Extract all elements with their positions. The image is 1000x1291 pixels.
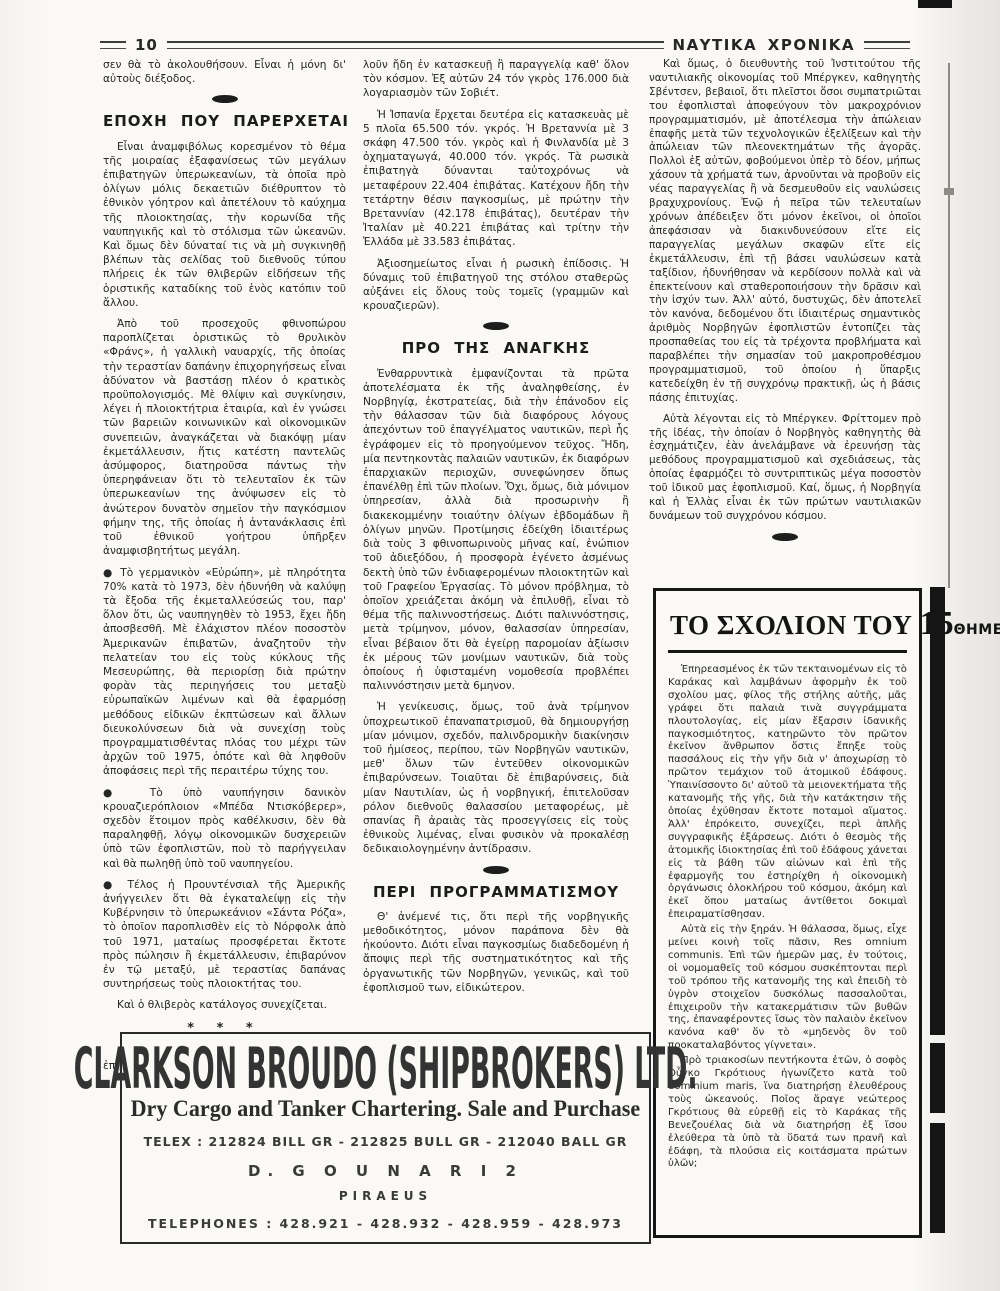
header-rule-right [864, 41, 910, 49]
advert-tagline-row: Dry Cargo and Tanker Chartering. Sale an… [122, 1096, 649, 1122]
scan-artifact [948, 63, 950, 588]
paragraph: Θ' ἀνέμενέ τις, ὅτι περὶ τῆς νορβηγικῆς … [363, 910, 629, 995]
scan-artifact [930, 587, 945, 1035]
comment-box-title-rule [668, 650, 907, 653]
section-divider-icon [483, 866, 509, 874]
column-2: λοῦν ἤδη ἐν κατασκευῇ ἢ παραγγελίᾳ καθ' … [363, 58, 629, 1002]
advert-company-row: CLARKSON BROUDO (SHIPBROKERS) LTD. [122, 1036, 649, 1102]
advert-city: PIRAEUS [339, 1189, 432, 1203]
comment-box-text: Ἐπηρεασμένος ἐκ τῶν τεκταινομένων εἰς τὸ… [668, 664, 907, 1171]
paragraph: Ἐνθαρρυντικὰ ἐμφανίζονται τὰ πρῶτα ἀποτε… [363, 367, 629, 694]
section-heading: ΕΠΟΧΗ ΠΟΥ ΠΑΡΕΡΧΕΤΑΙ [103, 114, 346, 128]
scan-artifact [918, 0, 952, 8]
bullet-paragraph: ● Τὸ γερμανικὸν «Εὐρώπη», μὲ πληρότητα 7… [103, 566, 346, 779]
paragraph: Ἀξιοσημείωτος εἶναι ἡ ρωσικὴ ἐπίδοσις. Ἡ… [363, 257, 629, 314]
comment-box-title-main: ΤΟ ΣΧΟΛΙΟΝ ΤΟΥ [670, 610, 920, 640]
paragraph: Ἐπηρεασμένος ἐκ τῶν τεκταινομένων εἰς τὸ… [668, 664, 907, 922]
comment-box-title-suffix: ΘΗΜΕΡΟΥ [954, 622, 1000, 638]
paragraph: Καὶ ὁ θλιβερὸς κατάλογος συνεχίζεται. [103, 998, 346, 1012]
section-divider-icon [483, 322, 509, 330]
page-number: 10 [135, 36, 158, 54]
column-3: Καὶ ὅμως, ὁ διευθυντὴς τοῦ Ἰνστιτούτου τ… [649, 58, 921, 550]
bullet-paragraph: ● Τέλος ἡ Προυντένσιαλ τῆς Ἀμερικῆς ἀνήγ… [103, 878, 346, 992]
comment-box: ΤΟ ΣΧΟΛΙΟΝ ΤΟΥ 15ΘΗΜΕΡΟΥ Ἐπηρεασμένος ἐκ… [653, 588, 922, 1238]
page-header: 10 ΝΑΥΤΙΚΑ ΧΡΟΝΙΚΑ [100, 36, 910, 54]
header-rule-center [167, 41, 664, 49]
paragraph: Ἡ γενίκευσις, ὅμως, τοῦ ἀνὰ τρίμηνον ὑπο… [363, 700, 629, 856]
section-divider-icon [772, 533, 798, 541]
advert-address-row: D. G O U N A R I 2 [122, 1162, 649, 1180]
paragraph: Ἡ Ἱσπανία ἔρχεται δευτέρα εἰς κατασκευὰς… [363, 108, 629, 250]
scan-artifact [930, 1043, 945, 1113]
paragraph: Αὐτὰ λέγονται εἰς τὸ Μπέργκεν. Φρίττομεν… [649, 413, 921, 524]
paragraph: λοῦν ἤδη ἐν κατασκευῇ ἢ παραγγελίᾳ καθ' … [363, 58, 629, 101]
advert-box: CLARKSON BROUDO (SHIPBROKERS) LTD. Dry C… [120, 1032, 651, 1244]
section-divider-icon [212, 95, 238, 103]
column-1: σεν θὰ τὸ ἀκολουθήσουν. Εἶναι ἡ μόνη δι'… [103, 58, 346, 1080]
paragraph: Καὶ ὅμως, ὁ διευθυντὴς τοῦ Ἰνστιτούτου τ… [649, 58, 921, 406]
advert-tagline: Dry Cargo and Tanker Chartering. Sale an… [131, 1096, 641, 1122]
continuation-paragraph: σεν θὰ τὸ ἀκολουθήσουν. Εἶναι ἡ μόνη δι'… [103, 58, 346, 86]
header-rule-left [100, 41, 126, 49]
advert-telex-row: TELEX : 212824 BILL GR - 212825 BULL GR … [122, 1134, 649, 1149]
comment-box-title: ΤΟ ΣΧΟΛΙΟΝ ΤΟΥ 15ΘΗΜΕΡΟΥ [670, 607, 907, 641]
advert-company-name: CLARKSON BROUDO (SHIPBROKERS) LTD. [74, 1036, 698, 1102]
section-heading: ΠΕΡΙ ΠΡΟΓΡΑΜΜΑΤΙΣΜΟΥ [363, 885, 629, 899]
paragraph: Πρὸ τριακοσίων πεντήκοντα ἐτῶν, ὁ σοφὸς … [668, 1055, 907, 1171]
bullet-paragraph: ● Τὸ ὑπὸ ναυπήγησιν δανικὸν κρουαζιερόπλ… [103, 786, 346, 871]
paragraph: Αὐτὰ εἰς τὴν ξηράν. Ἡ θάλασσα, ὅμως, εἶχ… [668, 924, 907, 1053]
magazine-page: 10 ΝΑΥΤΙΚΑ ΧΡΟΝΙΚΑ σεν θὰ τὸ ἀκολουθήσου… [0, 0, 1000, 1291]
scan-artifact [944, 188, 954, 195]
advert-telex: TELEX : 212824 BILL GR - 212825 BULL GR … [144, 1134, 628, 1149]
advert-telephones-row: TELEPHONES : 428.921 - 428.932 - 428.959… [122, 1216, 649, 1231]
paragraph: Εἶναι ἀναμφιβόλως κορεσμένον τὸ θέμα τῆς… [103, 140, 346, 310]
masthead-title: ΝΑΥΤΙΚΑ ΧΡΟΝΙΚΑ [673, 36, 855, 54]
scan-artifact [930, 1123, 945, 1233]
section-heading: ΠΡΟ ΤΗΣ ΑΝΑΓΚΗΣ [363, 341, 629, 355]
advert-address: D. G O U N A R I 2 [248, 1162, 523, 1180]
advert-city-row: PIRAEUS [122, 1189, 649, 1203]
paragraph: Ἀπὸ τοῦ προσεχοῦς φθινοπώρου παροπλίζετα… [103, 317, 346, 558]
advert-telephones: TELEPHONES : 428.921 - 428.932 - 428.959… [148, 1216, 623, 1231]
